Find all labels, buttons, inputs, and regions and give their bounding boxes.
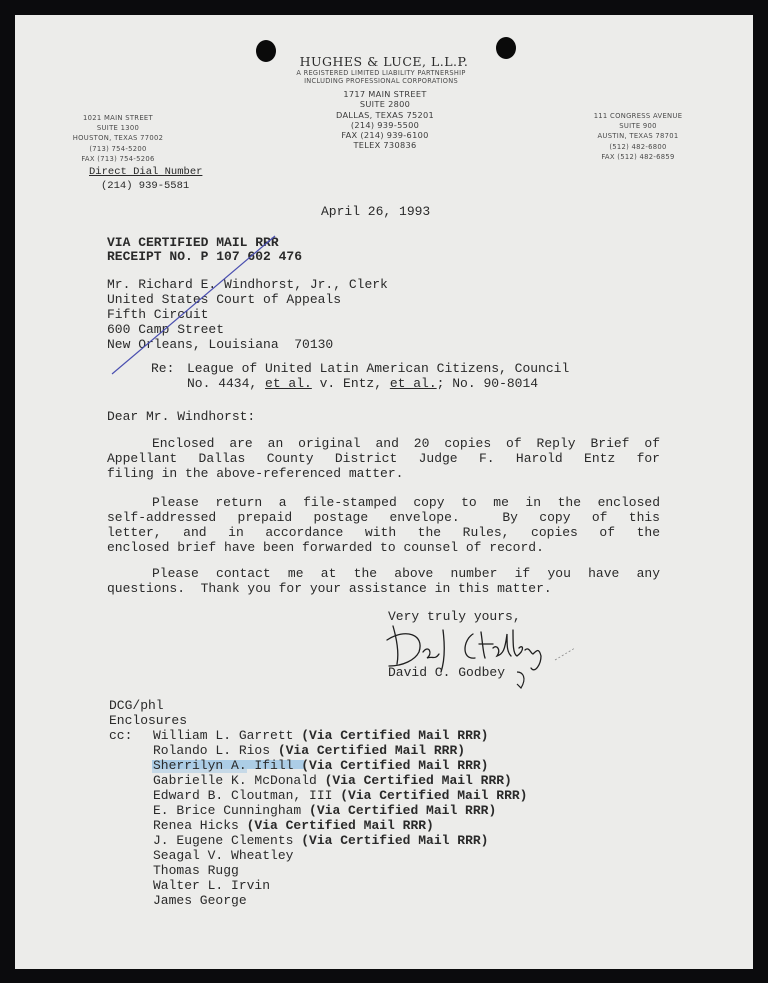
cc-recipient: J. Eugene Clements (Via Certified Mail R… [153,833,527,848]
paragraph-line: Please contact me at the above number if… [107,566,660,581]
cc-name: William L. Garrett [153,728,293,743]
houston-address-line: SUITE 1300 [58,123,178,133]
houston-address: 1021 MAIN STREETSUITE 1300HOUSTON, TEXAS… [58,113,178,164]
paragraph-line: Enclosed are an original and 20 copies o… [107,436,660,451]
houston-address-line: (713) 754-5200 [58,144,178,154]
paragraph-line: Appellant Dallas County District Judge F… [107,451,660,466]
houston-address-line: 1021 MAIN STREET [58,113,178,123]
enclosures-label: Enclosures [109,713,187,728]
austin-address-line: 111 CONGRESS AVENUE [578,111,698,121]
firm-name: HUGHES & LUCE, L.L.P. [0,54,768,69]
cc-name: J. Eugene Clements [153,833,293,848]
cc-delivery-note: (Via Certified Mail RRR) [317,773,512,788]
paragraph-line: filing in the above-referenced matter. [107,466,660,481]
cc-list: William L. Garrett (Via Certified Mail R… [153,728,527,908]
direct-dial-number: (214) 939-5581 [101,180,189,192]
cc-name: Walter L. Irvin [153,878,270,893]
typist-initials: DCG/phl [109,698,164,713]
austin-address-line: FAX (512) 482-6859 [578,152,698,162]
et-al-2: et al. [390,376,437,391]
cc-name: Edward B. Cloutman, III [153,788,332,803]
austin-address: 111 CONGRESS AVENUESUITE 900AUSTIN, TEXA… [578,111,698,162]
salutation: Dear Mr. Windhorst: [107,409,255,424]
cc-recipient: Sherrilyn A. Ifill (Via Certified Mail R… [153,758,527,773]
cc-name: Seagal V. Wheatley [153,848,293,863]
paragraph-line: enclosed brief have been forwarded to co… [107,540,660,555]
cc-name: Renea Hicks [153,818,239,833]
dallas-address-line: 1717 MAIN STREET [0,89,768,99]
cc-name: E. Brice Cunningham [153,803,301,818]
cc-delivery-note: (Via Certified Mail RRR) [293,728,488,743]
paragraph-2: Please return a file-stamped copy to me … [107,495,660,555]
cc-recipient: Walter L. Irvin [153,878,527,893]
signer-name: David C. Godbey [388,665,505,680]
direct-dial-label: Direct Dial Number [89,166,202,178]
cc-name: Gabrielle K. McDonald [153,773,317,788]
cc-recipient: James George [153,893,527,908]
cc-recipient: Thomas Rugg [153,863,527,878]
paragraph-line: self-addressed prepaid postage envelope.… [107,510,660,525]
cc-delivery-note: (Via Certified Mail RRR) [293,833,488,848]
cc-name: Thomas Rugg [153,863,239,878]
cc-delivery-note: (Via Certified Mail RRR) [293,758,488,773]
houston-address-line: HOUSTON, TEXAS 77002 [58,133,178,143]
paragraph-3: Please contact me at the above number if… [107,566,660,596]
cc-recipient: Gabrielle K. McDonald (Via Certified Mai… [153,773,527,788]
paragraph-line: questions. Thank you for your assistance… [107,581,660,596]
paragraph-line: letter, and in accordance with the Rules… [107,525,660,540]
firm-subtitle-2: INCLUDING PROFESSIONAL CORPORATIONS [0,76,762,86]
cc-recipient: Seagal V. Wheatley [153,848,527,863]
cc-delivery-note: (Via Certified Mail RRR) [239,818,434,833]
cc-recipient: William L. Garrett (Via Certified Mail R… [153,728,527,743]
paragraph-1: Enclosed are an original and 20 copies o… [107,436,660,481]
cc-recipient: Rolando L. Rios (Via Certified Mail RRR) [153,743,527,758]
cc-name: Sherrilyn A. Ifill [153,758,293,773]
austin-address-line: AUSTIN, TEXAS 78701 [578,131,698,141]
austin-address-line: SUITE 900 [578,121,698,131]
cc-name: James George [153,893,247,908]
cc-recipient: Edward B. Cloutman, III (Via Certified M… [153,788,527,803]
cc-recipient: Renea Hicks (Via Certified Mail RRR) [153,818,527,833]
cc-name: Rolando L. Rios [153,743,270,758]
cc-delivery-note: (Via Certified Mail RRR) [332,788,527,803]
cc-label: cc: [109,728,132,743]
docket-number: ; No. 90-8014 [437,376,538,391]
austin-address-line: (512) 482-6800 [578,142,698,152]
versus: v. Entz, [312,376,390,391]
letter-date: April 26, 1993 [321,204,430,219]
cc-delivery-note: (Via Certified Mail RRR) [270,743,465,758]
pen-mark [100,230,280,380]
paragraph-line: Please return a file-stamped copy to me … [107,495,660,510]
houston-address-line: FAX (713) 754-5206 [58,154,178,164]
dallas-address-line: SUITE 2800 [0,99,768,109]
cc-recipient: E. Brice Cunningham (Via Certified Mail … [153,803,527,818]
cc-delivery-note: (Via Certified Mail RRR) [301,803,496,818]
